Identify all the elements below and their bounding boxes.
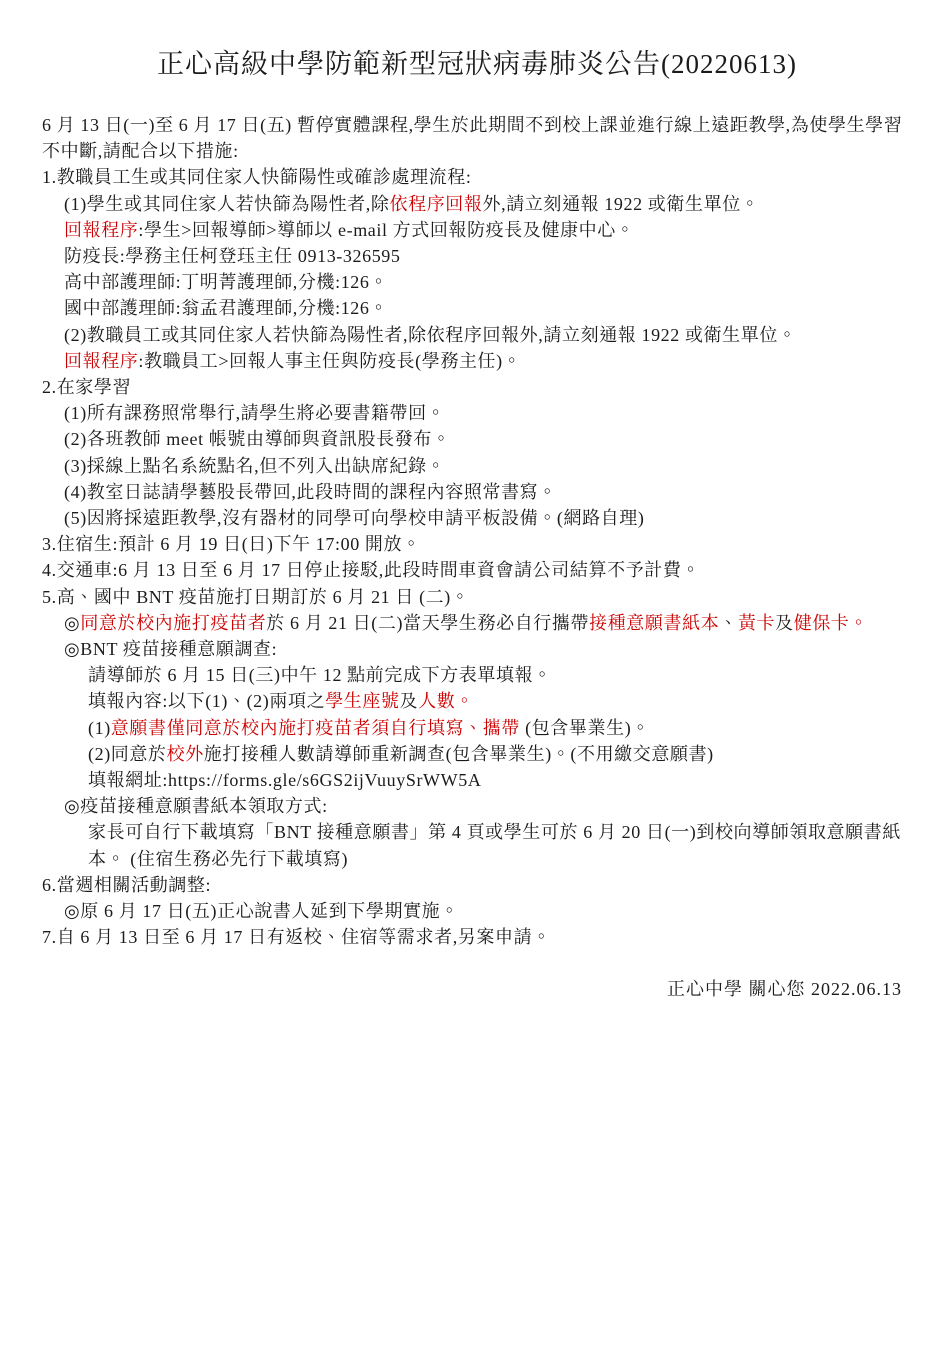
text-segment: ◎疫苗接種意願書紙本領取方式: — [64, 796, 328, 816]
text-segment: (1)學生或其同住家人若快篩為陽性者,除 — [64, 194, 390, 214]
doc-line: ◎原 6 月 17 日(五)正心說書人延到下學期實施。 — [42, 898, 912, 924]
text-segment: ◎BNT 疫苗接種意願調查: — [64, 639, 277, 659]
doc-line: ◎同意於校內施打疫苗者於 6 月 21 日(二)當天學生務必自行攜帶接種意願書紙… — [42, 610, 912, 636]
red-text-segment: 人數。 — [418, 691, 474, 711]
doc-line: 家長可自行下載填寫「BNT 接種意願書」第 4 頁或學生可於 6 月 20 日(… — [42, 819, 912, 871]
text-segment: (5)因將採遠距教學,沒有器材的同學可向學校申請平板設備。(網路自理) — [64, 508, 644, 528]
text-segment: 施打接種人數請導師重新調查(包含畢業生)。(不用繳交意願書) — [204, 744, 714, 764]
text-segment: (2)教職員工或其同住家人若快篩為陽性者,除依程序回報外,請立刻通報 1922 … — [64, 325, 797, 345]
red-text-segment: 回報程序 — [64, 351, 138, 371]
text-segment: (3)採線上點名系統點名,但不列入出缺席紀錄。 — [64, 456, 445, 476]
text-segment: 5.高、國中 BNT 疫苗施打日期訂於 6 月 21 日 (二)。 — [42, 587, 469, 607]
doc-line: 回報程序:學生>回報導師>導師以 e-mail 方式回報防疫長及健康中心。 — [42, 217, 912, 243]
doc-line: (1)所有課務照常舉行,請學生將必要書籍帶回。 — [42, 400, 912, 426]
doc-line: (2)教職員工或其同住家人若快篩為陽性者,除依程序回報外,請立刻通報 1922 … — [42, 322, 912, 348]
text-segment: 於 6 月 21 日(二)當天學生務必自行攜帶 — [266, 613, 589, 633]
red-text-segment: 回報程序 — [64, 220, 138, 240]
doc-line: 填報內容:以下(1)、(2)兩項之學生座號及人數。 — [42, 688, 912, 714]
text-segment: :學生>回報導師>導師以 e-mail 方式回報防疫長及健康中心。 — [138, 220, 634, 240]
doc-line: 填報網址:https://forms.gle/s6GS2ijVuuySrWW5A — [42, 767, 912, 793]
text-segment: (1) — [88, 718, 111, 738]
text-segment: 7.自 6 月 13 日至 6 月 17 日有返校、住宿等需求者,另案申請。 — [42, 927, 551, 947]
doc-line: (2)各班教師 meet 帳號由導師與資訊股長發布。 — [42, 426, 912, 452]
text-segment: 防疫長:學務主任柯登珏主任 0913-326595 — [64, 246, 401, 266]
page-title: 正心高級中學防範新型冠狀病毒肺炎公告(20220613) — [42, 46, 912, 82]
announcement-document: 正心高級中學防範新型冠狀病毒肺炎公告(20220613) 6 月 13 日(一)… — [0, 0, 944, 1360]
text-segment: 1.教職員工生或其同住家人快篩陽性或確診處理流程: — [42, 167, 472, 187]
red-text-segment: 依程序回報 — [390, 194, 483, 214]
red-text-segment: 健保卡。 — [794, 613, 868, 633]
doc-line: (5)因將採遠距教學,沒有器材的同學可向學校申請平板設備。(網路自理) — [42, 505, 912, 531]
red-text-segment: 學生座號 — [325, 691, 399, 711]
doc-line: 回報程序:教職員工>回報人事主任與防疫長(學務主任)。 — [42, 348, 912, 374]
text-segment: (包含畢業生)。 — [520, 718, 650, 738]
doc-line: 2.在家學習 — [42, 374, 912, 400]
doc-line: 3.住宿生:預計 6 月 19 日(日)下午 17:00 開放。 — [42, 531, 912, 557]
text-segment: 填報內容:以下(1)、(2)兩項之 — [88, 691, 325, 711]
doc-line: 請導師於 6 月 15 日(三)中午 12 點前完成下方表單填報。 — [42, 662, 912, 688]
text-segment: (2)各班教師 meet 帳號由導師與資訊股長發布。 — [64, 429, 451, 449]
text-segment: 3.住宿生:預計 6 月 19 日(日)下午 17:00 開放。 — [42, 534, 421, 554]
doc-line: 國中部護理師:翁孟君護理師,分機:126。 — [42, 295, 912, 321]
doc-line: 5.高、國中 BNT 疫苗施打日期訂於 6 月 21 日 (二)。 — [42, 584, 912, 610]
red-text-segment: 接種意願書紙本 — [589, 613, 719, 633]
doc-line: 4.交通車:6 月 13 日至 6 月 17 日停止接駁,此段時間車資會請公司結… — [42, 557, 912, 583]
doc-line: 6.當週相關活動調整: — [42, 872, 912, 898]
text-segment: (4)教室日誌請學藝股長帶回,此段時間的課程內容照常書寫。 — [64, 482, 557, 502]
doc-line: 1.教職員工生或其同住家人快篩陽性或確診處理流程: — [42, 164, 912, 190]
signature-line: 正心中學 關心您 2022.06.13 — [42, 975, 912, 1001]
text-segment: :教職員工>回報人事主任與防疫長(學務主任)。 — [138, 351, 521, 371]
doc-line: 6 月 13 日(一)至 6 月 17 日(五) 暫停實體課程,學生於此期間不到… — [42, 112, 912, 164]
text-segment: 填報網址: — [88, 770, 168, 790]
text-segment: 高中部護理師:丁明菁護理師,分機:126。 — [64, 272, 388, 292]
doc-line: 7.自 6 月 13 日至 6 月 17 日有返校、住宿等需求者,另案申請。 — [42, 924, 912, 950]
doc-line: 防疫長:學務主任柯登珏主任 0913-326595 — [42, 243, 912, 269]
text-segment: 國中部護理師:翁孟君護理師,分機:126。 — [64, 298, 388, 318]
document-body: 6 月 13 日(一)至 6 月 17 日(五) 暫停實體課程,學生於此期間不到… — [42, 112, 912, 951]
text-segment: 、 — [719, 613, 738, 633]
text-segment: (2)同意於 — [88, 744, 167, 764]
text-segment: (1)所有課務照常舉行,請學生將必要書籍帶回。 — [64, 403, 445, 423]
text-segment: 4.交通車:6 月 13 日至 6 月 17 日停止接駁,此段時間車資會請公司結… — [42, 560, 700, 580]
doc-line: (1)學生或其同住家人若快篩為陽性者,除依程序回報外,請立刻通報 1922 或衛… — [42, 191, 912, 217]
doc-line: (2)同意於校外施打接種人數請導師重新調查(包含畢業生)。(不用繳交意願書) — [42, 741, 912, 767]
text-segment: 家長可自行下載填寫「BNT 接種意願書」第 4 頁或學生可於 6 月 20 日(… — [88, 822, 901, 868]
red-text-segment: 黃卡 — [738, 613, 775, 633]
text-segment: 6 月 13 日(一)至 6 月 17 日(五) 暫停實體課程,學生於此期間不到… — [42, 115, 902, 161]
text-segment: 請導師於 6 月 15 日(三)中午 12 點前完成下方表單填報。 — [88, 665, 552, 685]
text-segment: 2.在家學習 — [42, 377, 131, 397]
red-text-segment: 同意於校內施打疫苗者 — [80, 613, 266, 633]
text-segment: ◎原 6 月 17 日(五)正心說書人延到下學期實施。 — [64, 901, 459, 921]
text-segment: 6.當週相關活動調整: — [42, 875, 211, 895]
doc-line: (1)意願書僅同意於校內施打疫苗者須自行填寫、攜帶 (包含畢業生)。 — [42, 715, 912, 741]
doc-line: (3)採線上點名系統點名,但不列入出缺席紀錄。 — [42, 453, 912, 479]
doc-line: ◎疫苗接種意願書紙本領取方式: — [42, 793, 912, 819]
red-text-segment: 校外 — [167, 744, 204, 764]
form-url: https://forms.gle/s6GS2ijVuuySrWW5A — [168, 770, 481, 790]
text-segment: 外,請立刻通報 1922 或衛生單位。 — [483, 194, 760, 214]
text-segment: 及 — [775, 613, 794, 633]
doc-line: ◎BNT 疫苗接種意願調查: — [42, 636, 912, 662]
doc-line: (4)教室日誌請學藝股長帶回,此段時間的課程內容照常書寫。 — [42, 479, 912, 505]
doc-line: 高中部護理師:丁明菁護理師,分機:126。 — [42, 269, 912, 295]
text-segment: 及 — [400, 691, 419, 711]
red-text-segment: 意願書僅同意於校內施打疫苗者須自行填寫、攜帶 — [111, 718, 520, 738]
text-segment: ◎ — [64, 613, 80, 633]
